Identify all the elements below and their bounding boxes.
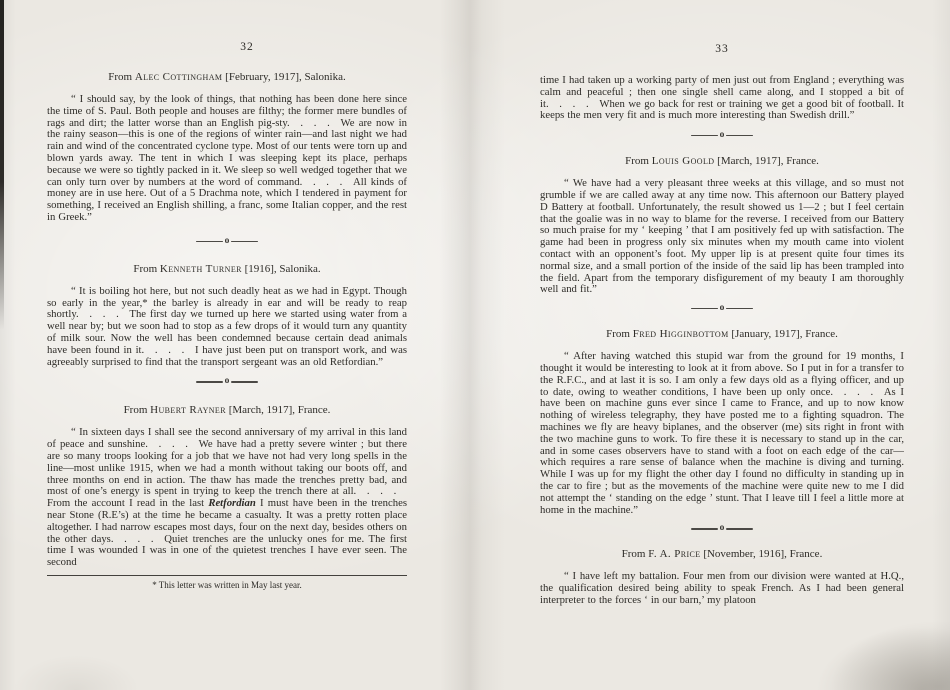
heading-detail: [1916], Salonika.	[245, 263, 321, 275]
letter-body-italic: Retfordian	[208, 497, 256, 509]
divider-line	[691, 135, 718, 136]
divider-ornament: o	[720, 132, 725, 139]
section-divider: o	[47, 237, 407, 246]
letter-heading: From Hubert Rayner [March, 1917], France…	[47, 404, 407, 417]
divider-line	[726, 308, 753, 309]
heading-name: F. A. Price	[648, 548, 700, 560]
scan-left-edge	[0, 0, 4, 330]
divider-line	[726, 528, 753, 529]
letter-body: “ I have left my battalion. Four men fro…	[540, 571, 904, 606]
heading-name: Alec Cottingham	[135, 71, 223, 83]
heading-detail: [February, 1917], Salonika.	[225, 71, 346, 83]
letter-body: “ In sixteen days I shall see the second…	[47, 427, 407, 569]
divider-line	[231, 381, 258, 382]
divider-line	[231, 241, 258, 242]
section-divider: o	[540, 304, 904, 313]
heading-name: Fred Higginbottom	[633, 328, 729, 340]
heading-from: From	[133, 263, 157, 275]
letter-heading: From F. A. Price [November, 1916], Franc…	[540, 548, 904, 561]
divider-ornament: o	[225, 378, 230, 385]
section-divider: o	[47, 377, 407, 386]
divider-ornament: o	[720, 305, 725, 312]
letter-heading: From Kenneth Turner [1916], Salonika.	[47, 263, 407, 276]
divider-ornament: o	[720, 525, 725, 532]
heading-from: From	[622, 548, 646, 560]
letter-body: “ I should say, by the look of things, t…	[47, 94, 407, 224]
heading-detail: [March, 1917], France.	[717, 155, 819, 167]
footnote-rule	[47, 575, 407, 576]
heading-from: From	[606, 328, 630, 340]
continuation-paragraph: time I had taken up a working party of m…	[540, 75, 904, 122]
letter-heading: From Louis Goold [March, 1917], France.	[540, 155, 904, 168]
heading-from: From	[108, 71, 132, 83]
heading-from: From	[124, 404, 148, 416]
page-number: 33	[540, 43, 904, 56]
heading-detail: [January, 1917], France.	[731, 328, 838, 340]
book-scan: 32 From Alec Cottingham [February, 1917]…	[0, 0, 950, 690]
heading-detail: [November, 1916], France.	[703, 548, 822, 560]
heading-name: Kenneth Turner	[160, 263, 242, 275]
section-divider: o	[540, 131, 904, 140]
page-right: 33 time I had taken up a working party o…	[540, 0, 904, 690]
heading-name: Louis Goold	[652, 155, 715, 167]
heading-name: Hubert Rayner	[150, 404, 226, 416]
divider-line	[196, 381, 223, 382]
divider-line	[691, 528, 718, 529]
letter-heading: From Fred Higginbottom [January, 1917], …	[540, 328, 904, 341]
heading-detail: [March, 1917], France.	[229, 404, 331, 416]
page-number: 32	[67, 41, 427, 54]
divider-ornament: o	[225, 238, 230, 245]
letter-body: “ It is boiling hot here, but not such d…	[47, 286, 407, 369]
divider-line	[196, 241, 223, 242]
letter-heading: From Alec Cottingham [February, 1917], S…	[47, 71, 407, 84]
letter-body: “ We have had a very pleasant three week…	[540, 178, 904, 296]
section-divider: o	[540, 524, 904, 533]
divider-line	[691, 308, 718, 309]
letter-body: “ After having watched this stupid war f…	[540, 351, 904, 516]
footnote: * This letter was written in May last ye…	[47, 580, 407, 591]
heading-from: From	[625, 155, 649, 167]
divider-line	[726, 135, 753, 136]
page-left: 32 From Alec Cottingham [February, 1917]…	[47, 0, 407, 690]
